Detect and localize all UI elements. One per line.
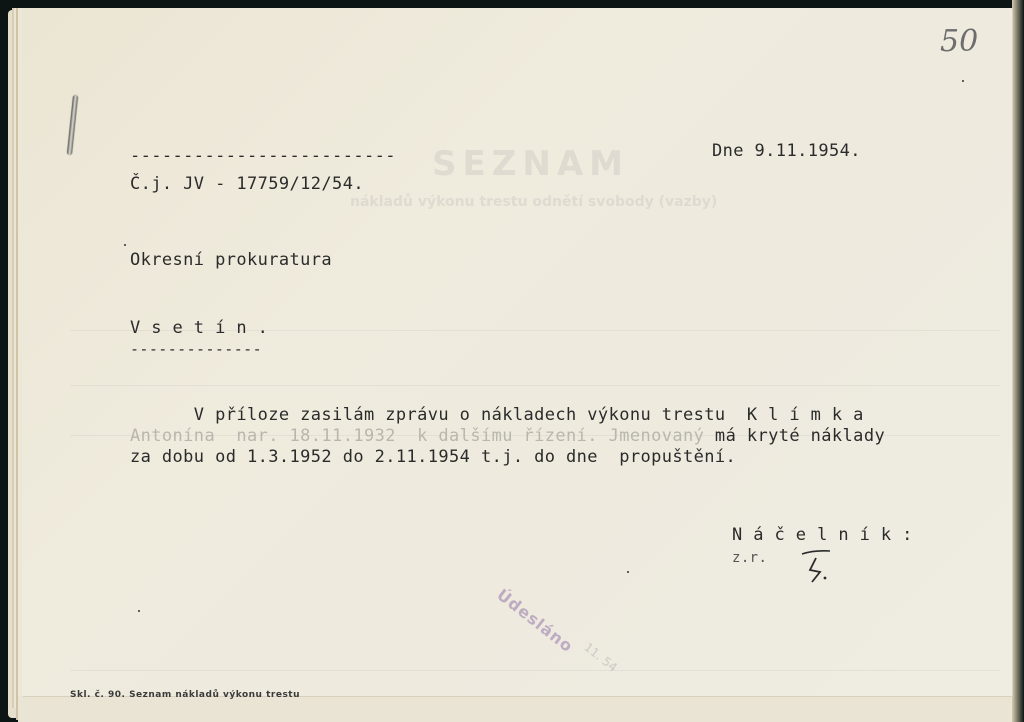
scanned-document: SEZNAM nákladů výkonu trestu odnětí svob…	[0, 0, 1024, 722]
header-separator: -------------------------	[130, 146, 396, 166]
paper-speck	[138, 610, 140, 612]
on-behalf-mark: z.r.	[732, 550, 767, 566]
recipient-underline: --------------	[130, 340, 262, 358]
recipient-town: V s e t í n .	[130, 318, 268, 338]
form-footer-print: Skl. č. 90. Seznam nákladů výkonu trestu	[70, 690, 300, 700]
body-line-2: Antonína nar. 18.11.1932 k dalšímu řízen…	[130, 426, 885, 446]
bleed-through-rule	[70, 385, 1000, 386]
paper-speck	[962, 80, 964, 82]
recipient-office: Okresní prokuratura	[130, 250, 332, 270]
body-line-1: V příloze zasilám zprávu o nákladech výk…	[130, 405, 864, 425]
body-line-3: za dobu od 1.3.1952 do 2.11.1954 t.j. do…	[130, 447, 736, 467]
body-line-2-faded: Antonína nar. 18.11.1932 k dalšímu řízen…	[130, 426, 704, 446]
body-line-2-end: má kryté náklady	[704, 426, 885, 446]
reference-number: Č.j. JV - 17759/12/54.	[130, 174, 364, 194]
bleed-through-subtitle: nákladů výkonu trestu odnětí svobody (va…	[350, 194, 717, 210]
page-edge-shadow	[1012, 0, 1024, 722]
signatory-title: N á č e l n í k :	[732, 525, 913, 545]
paper-speck	[124, 244, 126, 246]
letter-date: Dne 9.11.1954.	[712, 141, 861, 161]
paper-speck	[627, 571, 629, 573]
bleed-through-title: SEZNAM	[432, 144, 629, 184]
handwritten-signature-icon	[800, 548, 836, 588]
folio-number: 50	[940, 24, 978, 59]
bleed-through-rule	[70, 670, 1000, 671]
